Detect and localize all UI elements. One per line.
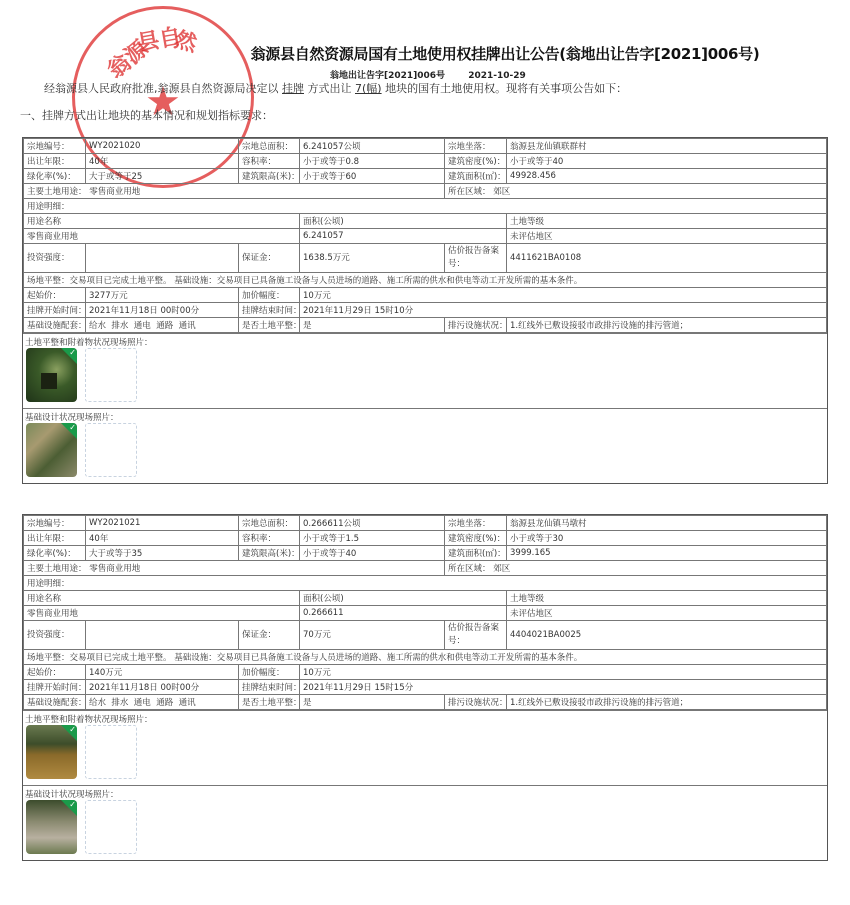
location: 翁源县龙仙镇马墩村 [507, 516, 827, 531]
investment [86, 244, 239, 273]
use-name: 零售商业用地 [24, 606, 300, 621]
table-row: 挂牌开始时间： 2021年11月18日 00时00分 挂牌结束时间： 2021年… [24, 303, 827, 318]
label: 宗地总面积： [239, 139, 300, 154]
label: 排污设施状况： [445, 318, 507, 333]
check-icon: ✓ [61, 423, 77, 439]
site-photos-section: 土地平整和附着物状况现场照片： ✓ [23, 333, 827, 408]
label: 估价报告备案号： [445, 621, 507, 650]
green-rate: 大于或等于35 [86, 546, 239, 561]
floor-area: 3999.165 [507, 546, 827, 561]
site-photos-label: 土地平整和附着物状况现场照片： [25, 336, 153, 348]
label: 宗地坐落： [445, 139, 507, 154]
label: 建筑密度(%)： [445, 154, 507, 169]
deposit: 1638.5万元 [300, 244, 445, 273]
sewage: 1.红线外已敷设接驳市政排污设施的排污管道； [507, 695, 827, 710]
check-icon: ✓ [61, 800, 77, 816]
sewage: 1.红线外已敷设接驳市政排污设施的排污管道； [507, 318, 827, 333]
parcel-block: 宗地编号： WY2021020 宗地总面积： 6.241057公顷 宗地坐落： … [22, 137, 828, 484]
table-row: 投资强度： 保证金： 1638.5万元 估价报告备案号： 4411621BA01… [24, 244, 827, 273]
site-photo-thumbnail[interactable]: ✓ [26, 348, 77, 402]
height-limit: 小于或等于40 [300, 546, 445, 561]
label: 起始价： [24, 288, 86, 303]
start-price: 3277万元 [86, 288, 239, 303]
location: 翁源县龙仙镇联群村 [507, 139, 827, 154]
table-row: 主要土地用途： 零售商业用地 所在区域： 郊区 [24, 184, 827, 199]
use-name: 零售商业用地 [24, 229, 300, 244]
label: 保证金： [239, 621, 300, 650]
use-detail-label: 用途明细： [24, 576, 827, 591]
listing-end: 2021年11月29日 15时10分 [300, 303, 827, 318]
label: 出让年限： [24, 531, 86, 546]
design-photos-label: 基础设计状况现场照片： [25, 788, 119, 800]
grade-header: 土地等级 [507, 214, 827, 229]
design-photos-label: 基础设计状况现场照片： [25, 411, 119, 423]
label: 绿化率(%)： [24, 546, 86, 561]
use-detail-label: 用途明细： [24, 199, 827, 214]
appraisal-number: 4411621BA0108 [507, 244, 827, 273]
main-use: 主要土地用途： 零售商业用地 [24, 184, 445, 199]
table-row: 零售商业用地 6.241057 未评估地区 [24, 229, 827, 244]
design-photos-section: 基础设计状况现场照片： ✓ [23, 785, 827, 860]
label: 基础设施配套： [24, 318, 86, 333]
label: 挂牌开始时间： [24, 303, 86, 318]
site-photo-thumbnail[interactable]: ✓ [26, 725, 77, 779]
appraisal-number: 4404021BA0025 [507, 621, 827, 650]
site-condition: 场地平整：交易项目已完成土地平整。 基础设施：交易项目已具备施工设备与人员进场的… [24, 650, 827, 665]
parcel-block: 宗地编号： WY2021021 宗地总面积： 0.266611公顷 宗地坐落： … [22, 514, 828, 861]
area-ha: 0.266611 [300, 606, 507, 621]
green-rate: 大于或等于25 [86, 169, 239, 184]
investment [86, 621, 239, 650]
label: 建筑面积(㎡)： [445, 546, 507, 561]
empty-photo-slot[interactable] [85, 423, 137, 477]
label: 容积率： [239, 154, 300, 169]
label: 容积率： [239, 531, 300, 546]
label: 起始价： [24, 665, 86, 680]
district: 所在区域： 郊区 [445, 184, 827, 199]
grade-header: 土地等级 [507, 591, 827, 606]
density: 小于或等于40 [507, 154, 827, 169]
table-row: 起始价： 140万元 加价幅度： 10万元 [24, 665, 827, 680]
label: 排污设施状况： [445, 695, 507, 710]
label: 宗地总面积： [239, 516, 300, 531]
area-header: 面积(公顷) [300, 214, 507, 229]
table-row: 基础设施配套： 给水 排水 通电 通路 通讯 是否土地平整： 是 排污设施状况：… [24, 695, 827, 710]
parcel-table: 宗地编号： WY2021021 宗地总面积： 0.266611公顷 宗地坐落： … [23, 515, 827, 710]
table-row: 用途明细： [24, 576, 827, 591]
area-ha: 6.241057 [300, 229, 507, 244]
table-row: 用途名称 面积(公顷) 土地等级 [24, 214, 827, 229]
parcel-number: WY2021021 [86, 516, 239, 531]
table-row: 场地平整：交易项目已完成土地平整。 基础设施：交易项目已具备施工设备与人员进场的… [24, 273, 827, 288]
label: 基础设施配套： [24, 695, 86, 710]
label: 保证金： [239, 244, 300, 273]
label: 挂牌开始时间： [24, 680, 86, 695]
floor-area: 49928.456 [507, 169, 827, 184]
land-grade: 未评估地区 [507, 229, 827, 244]
parcel-table: 宗地编号： WY2021020 宗地总面积： 6.241057公顷 宗地坐落： … [23, 138, 827, 333]
table-row: 用途明细： [24, 199, 827, 214]
start-price: 140万元 [86, 665, 239, 680]
table-row: 主要土地用途： 零售商业用地 所在区域： 郊区 [24, 561, 827, 576]
land-grade: 未评估地区 [507, 606, 827, 621]
leveled: 是 [300, 695, 445, 710]
design-photo-thumbnail[interactable]: ✓ [26, 423, 77, 477]
increment: 10万元 [300, 665, 827, 680]
design-photos-section: 基础设计状况现场照片： ✓ [23, 408, 827, 483]
label: 加价幅度： [239, 288, 300, 303]
label: 是否土地平整： [239, 695, 300, 710]
height-limit: 小于或等于60 [300, 169, 445, 184]
label: 投资强度： [24, 621, 86, 650]
table-row: 绿化率(%)： 大于或等于35 建筑限高(米)： 小于或等于40 建筑面积(㎡)… [24, 546, 827, 561]
label: 投资强度： [24, 244, 86, 273]
total-area: 0.266611公顷 [300, 516, 445, 531]
label: 出让年限： [24, 154, 86, 169]
listing-start: 2021年11月18日 00时00分 [86, 680, 239, 695]
page-title: 翁源县自然资源局国有土地使用权挂牌出让公告(翁地出让告字[2021]006号) [0, 43, 850, 64]
table-row: 用途名称 面积(公顷) 土地等级 [24, 591, 827, 606]
label: 宗地坐落： [445, 516, 507, 531]
infrastructure: 给水 排水 通电 通路 通讯 [86, 318, 239, 333]
term: 40年 [86, 154, 239, 169]
table-row: 投资强度： 保证金： 70万元 估价报告备案号： 4404021BA0025 [24, 621, 827, 650]
table-row: 宗地编号： WY2021020 宗地总面积： 6.241057公顷 宗地坐落： … [24, 139, 827, 154]
empty-photo-slot[interactable] [85, 725, 137, 779]
far: 小于或等于0.8 [300, 154, 445, 169]
use-name-header: 用途名称 [24, 214, 300, 229]
main-use: 主要土地用途： 零售商业用地 [24, 561, 445, 576]
label: 挂牌结束时间： [239, 680, 300, 695]
table-row: 出让年限： 40年 容积率： 小于或等于0.8 建筑密度(%)： 小于或等于40 [24, 154, 827, 169]
check-icon: ✓ [61, 348, 77, 364]
listing-end: 2021年11月29日 15时15分 [300, 680, 827, 695]
label: 建筑密度(%)： [445, 531, 507, 546]
design-photo-thumbnail[interactable]: ✓ [26, 800, 77, 854]
table-row: 场地平整：交易项目已完成土地平整。 基础设施：交易项目已具备施工设备与人员进场的… [24, 650, 827, 665]
section-heading: 一、挂牌方式出让地块的基本情况和规划指标要求： [20, 107, 273, 123]
label: 绿化率(%)： [24, 169, 86, 184]
leveled: 是 [300, 318, 445, 333]
label: 宗地编号： [24, 139, 86, 154]
table-row: 宗地编号： WY2021021 宗地总面积： 0.266611公顷 宗地坐落： … [24, 516, 827, 531]
table-row: 绿化率(%)： 大于或等于25 建筑限高(米)： 小于或等于60 建筑面积(㎡)… [24, 169, 827, 184]
parcel-number: WY2021020 [86, 139, 239, 154]
area-header: 面积(公顷) [300, 591, 507, 606]
listing-start: 2021年11月18日 00时00分 [86, 303, 239, 318]
label: 宗地编号： [24, 516, 86, 531]
label: 建筑限高(米)： [239, 169, 300, 184]
district: 所在区域： 郊区 [445, 561, 827, 576]
label: 建筑面积(㎡)： [445, 169, 507, 184]
density: 小于或等于30 [507, 531, 827, 546]
increment: 10万元 [300, 288, 827, 303]
empty-photo-slot[interactable] [85, 800, 137, 854]
empty-photo-slot[interactable] [85, 348, 137, 402]
site-photos-section: 土地平整和附着物状况现场照片： ✓ [23, 710, 827, 785]
label: 加价幅度： [239, 665, 300, 680]
table-row: 基础设施配套： 给水 排水 通电 通路 通讯 是否土地平整： 是 排污设施状况：… [24, 318, 827, 333]
label: 估价报告备案号： [445, 244, 507, 273]
label: 是否土地平整： [239, 318, 300, 333]
table-row: 挂牌开始时间： 2021年11月18日 00时00分 挂牌结束时间： 2021年… [24, 680, 827, 695]
table-row: 出让年限： 40年 容积率： 小于或等于1.5 建筑密度(%)： 小于或等于30 [24, 531, 827, 546]
deposit: 70万元 [300, 621, 445, 650]
table-row: 零售商业用地 0.266611 未评估地区 [24, 606, 827, 621]
intro-paragraph: 经翁源县人民政府批准,翁源县自然资源局决定以 挂牌 方式出让 7(幅) 地块的国… [44, 80, 627, 96]
total-area: 6.241057公顷 [300, 139, 445, 154]
use-name-header: 用途名称 [24, 591, 300, 606]
label: 建筑限高(米)： [239, 546, 300, 561]
label: 挂牌结束时间： [239, 303, 300, 318]
site-condition: 场地平整：交易项目已完成土地平整。 基础设施：交易项目已具备施工设备与人员进场的… [24, 273, 827, 288]
term: 40年 [86, 531, 239, 546]
infrastructure: 给水 排水 通电 通路 通讯 [86, 695, 239, 710]
table-row: 起始价： 3277万元 加价幅度： 10万元 [24, 288, 827, 303]
site-photos-label: 土地平整和附着物状况现场照片： [25, 713, 153, 725]
far: 小于或等于1.5 [300, 531, 445, 546]
check-icon: ✓ [61, 725, 77, 741]
